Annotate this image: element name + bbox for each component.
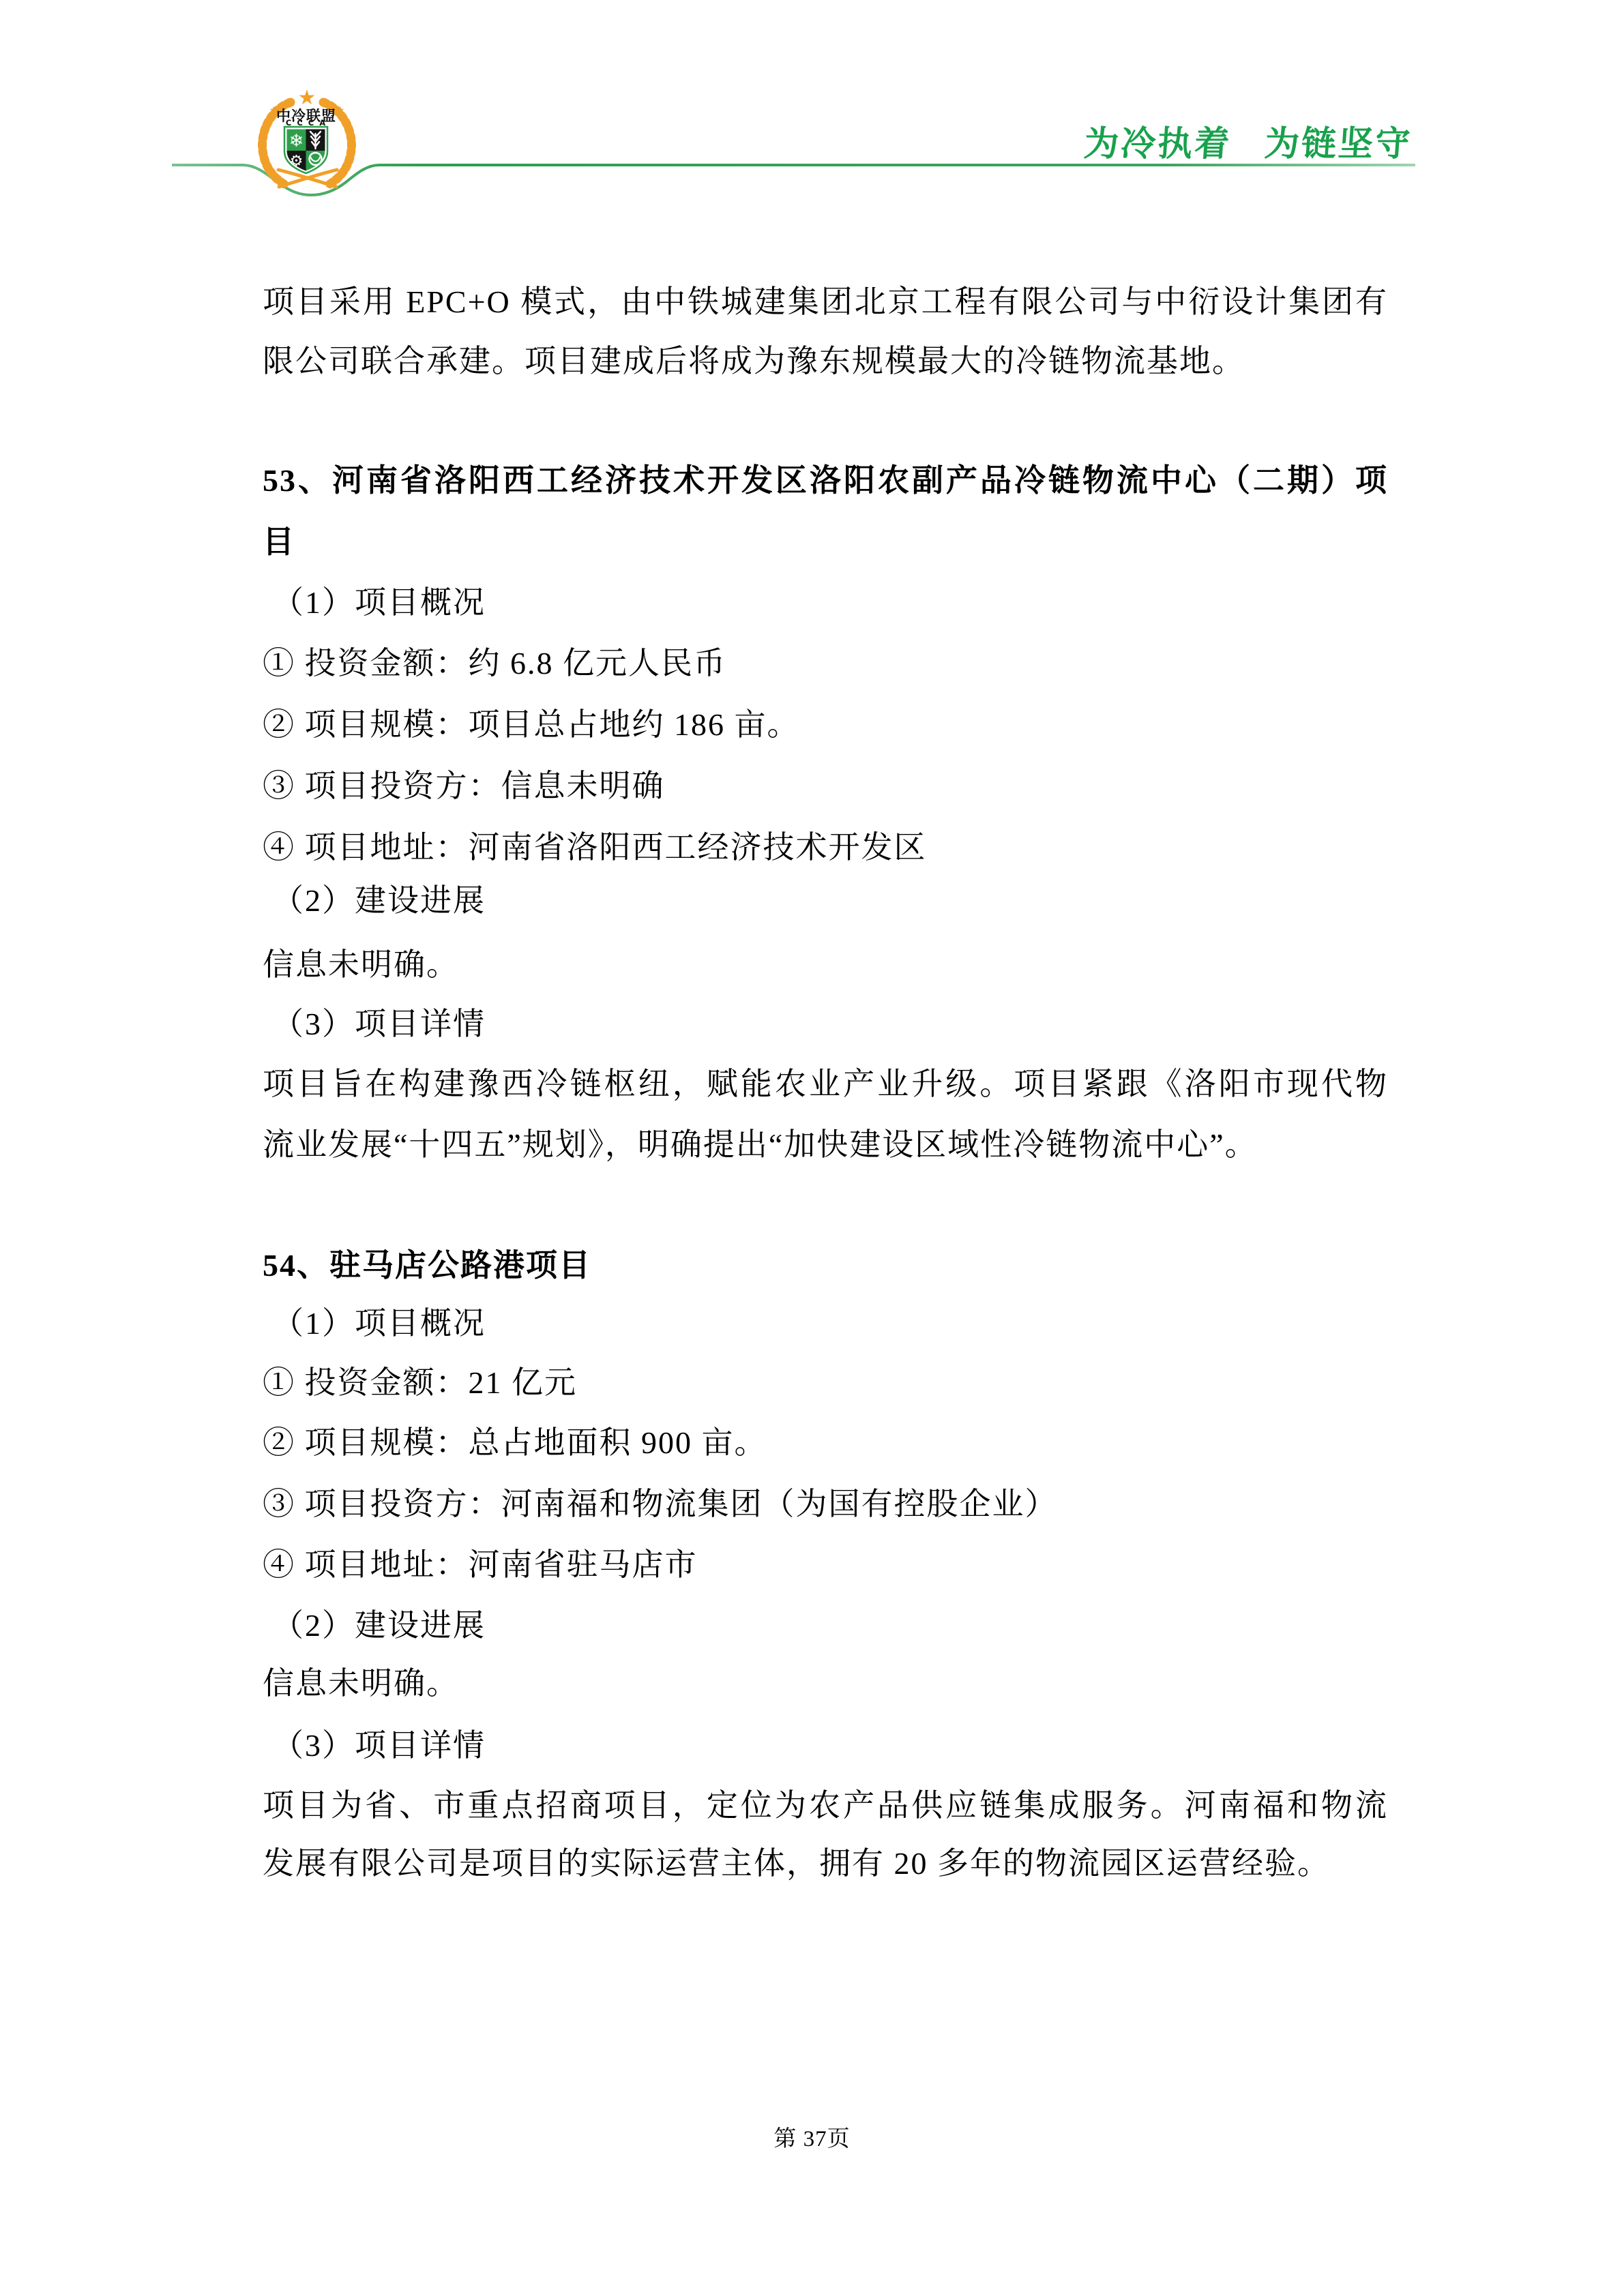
- shield-icon: ❄ ⚙: [284, 127, 327, 173]
- document-page: ★ ★ ★ ★ ★ 中冷联盟 C C C A: [0, 0, 1624, 2296]
- project53-item-address: ④ 项目地址：河南省洛阳西工经济技术开发区: [263, 830, 1388, 866]
- ccca-logo: ★ ★ ★ ★ ★ 中冷联盟 C C C A: [263, 86, 352, 187]
- project54-overview-label: （1）项目概况: [263, 1306, 1398, 1342]
- project53-item-investor: ③ 项目投资方：信息未明确: [263, 769, 1388, 805]
- project53-detail-label: （3）项目详情: [263, 1007, 1398, 1043]
- project54-detail-line-1: 项目为省、市重点招商项目，定位为农产品供应链集成服务。河南福和物流: [263, 1788, 1388, 1824]
- snowflake-icon: ❄: [289, 131, 304, 151]
- project53-detail-line-1: 项目旨在构建豫西冷链枢纽，赋能农业产业升级。项目紧跟《洛阳市现代物: [263, 1067, 1388, 1103]
- project54-item-investment: ① 投资金额：21 亿元: [263, 1365, 1388, 1401]
- page-number: 第 37页: [0, 2121, 1624, 2153]
- project54-item-investor: ③ 项目投资方：河南福和物流集团（为国有控股企业）: [263, 1487, 1388, 1523]
- project53-progress-label: （2）建设进展: [263, 883, 1398, 919]
- slogan-text: 为冷执着 为链坚守: [1035, 125, 1413, 164]
- header-divider-line: [172, 165, 1415, 195]
- intro-line-2: 限公司联合承建。项目建成后将成为豫东规模最大的冷链物流基地。: [263, 344, 1388, 380]
- project54-progress-label: （2）建设进展: [263, 1608, 1398, 1644]
- project54-item-scale: ② 项目规模：总占地面积 900 亩。: [263, 1425, 1388, 1461]
- project53-title-line-2: 目: [263, 524, 1388, 561]
- svg-text:★: ★: [298, 86, 316, 110]
- project53-detail-line-2: 流业发展“十四五”规划》，明确提出“加快建设区域性冷链物流中心”。: [263, 1127, 1388, 1163]
- project53-title-line-1: 53、河南省洛阳西工经济技术开发区洛阳农副产品冷链物流中心（二期）项: [263, 463, 1388, 499]
- compressor-icon: ⚙: [290, 153, 304, 170]
- project54-detail-line-2: 发展有限公司是项目的实际运营主体，拥有 20 多年的物流园区运营经验。: [263, 1846, 1388, 1882]
- project53-overview-label: （1）项目概况: [263, 585, 1398, 621]
- project54-title: 54、驻马店公路港项目: [263, 1248, 1388, 1284]
- project54-progress-text: 信息未明确。: [263, 1666, 1388, 1702]
- header-graphic: ★ ★ ★ ★ ★ 中冷联盟 C C C A: [0, 0, 1624, 232]
- project53-item-scale: ② 项目规模：项目总占地约 186 亩。: [263, 707, 1388, 743]
- project54-detail-label: （3）项目详情: [263, 1728, 1398, 1764]
- project53-item-investment: ① 投资金额：约 6.8 亿元人民币: [263, 646, 1388, 682]
- project54-item-address: ④ 项目地址：河南省驻马店市: [263, 1547, 1388, 1583]
- intro-line-1: 项目采用 EPC+O 模式，由中铁城建集团北京工程有限公司与中衍设计集团有: [263, 284, 1388, 320]
- project53-progress-text: 信息未明确。: [263, 947, 1388, 983]
